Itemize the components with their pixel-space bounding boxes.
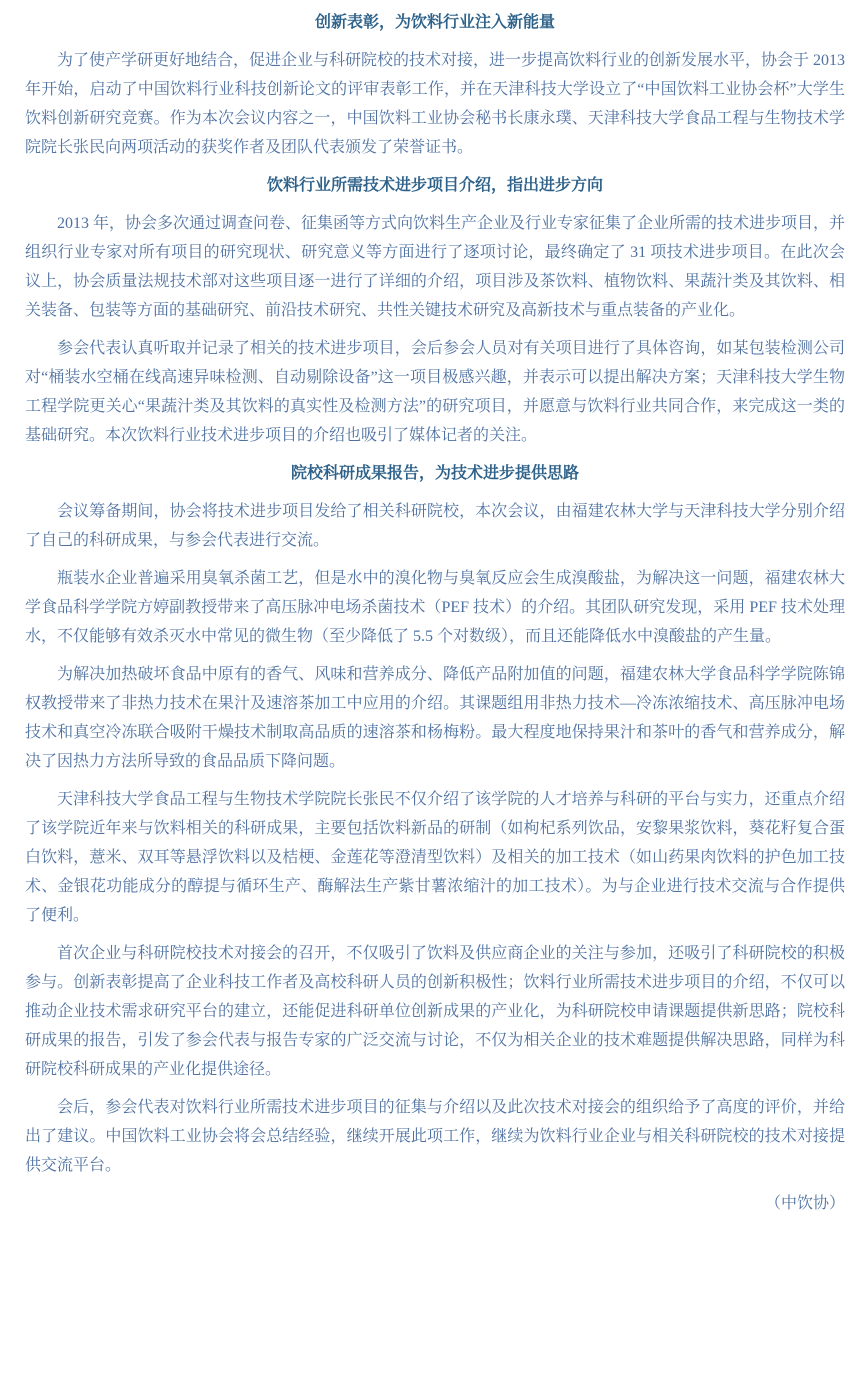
- paragraph-project-collection: 2013 年，协会多次通过调查问卷、征集函等方式向饮料生产企业及行业专家征集了企…: [25, 209, 845, 325]
- paragraph-nonthermal-technology: 为解决加热破坏食品中原有的香气、风味和营养成分、降低产品附加值的问题，福建农林大…: [25, 660, 845, 776]
- paragraph-closing-evaluation: 会后，参会代表对饮料行业所需技术进步项目的征集与介绍以及此次技术对接会的组织给予…: [25, 1093, 845, 1180]
- attribution-signature: （中饮协）: [25, 1189, 845, 1218]
- section-heading-innovation-awards: 创新表彰，为饮料行业注入新能量: [25, 8, 845, 37]
- paragraph-delegate-consultation: 参会代表认真听取并记录了相关的技术进步项目，会后参会人员对有关项目进行了具体咨询…: [25, 334, 845, 450]
- section-heading-tech-progress-projects: 饮料行业所需技术进步项目介绍，指出进步方向: [25, 171, 845, 200]
- paragraph-pef-technology: 瓶装水企业普遍采用臭氧杀菌工艺，但是水中的溴化物与臭氧反应会生成溴酸盐，为解决这…: [25, 564, 845, 651]
- paragraph-innovation-awards: 为了使产学研更好地结合，促进企业与科研院校的技术对接，进一步提高饮料行业的创新发…: [25, 46, 845, 162]
- document-page: 创新表彰，为饮料行业注入新能量 为了使产学研更好地结合，促进企业与科研院校的技术…: [0, 0, 863, 1258]
- paragraph-meeting-preparation: 会议筹备期间，协会将技术进步项目发给了相关科研院校，本次会议，由福建农林大学与天…: [25, 497, 845, 555]
- paragraph-summary-significance: 首次企业与科研院校技术对接会的召开，不仅吸引了饮料及供应商企业的关注与参加，还吸…: [25, 939, 845, 1084]
- paragraph-tianjin-university-results: 天津科技大学食品工程与生物技术学院院长张民不仅介绍了该学院的人才培养与科研的平台…: [25, 785, 845, 930]
- section-heading-research-reports: 院校科研成果报告，为技术进步提供思路: [25, 459, 845, 488]
